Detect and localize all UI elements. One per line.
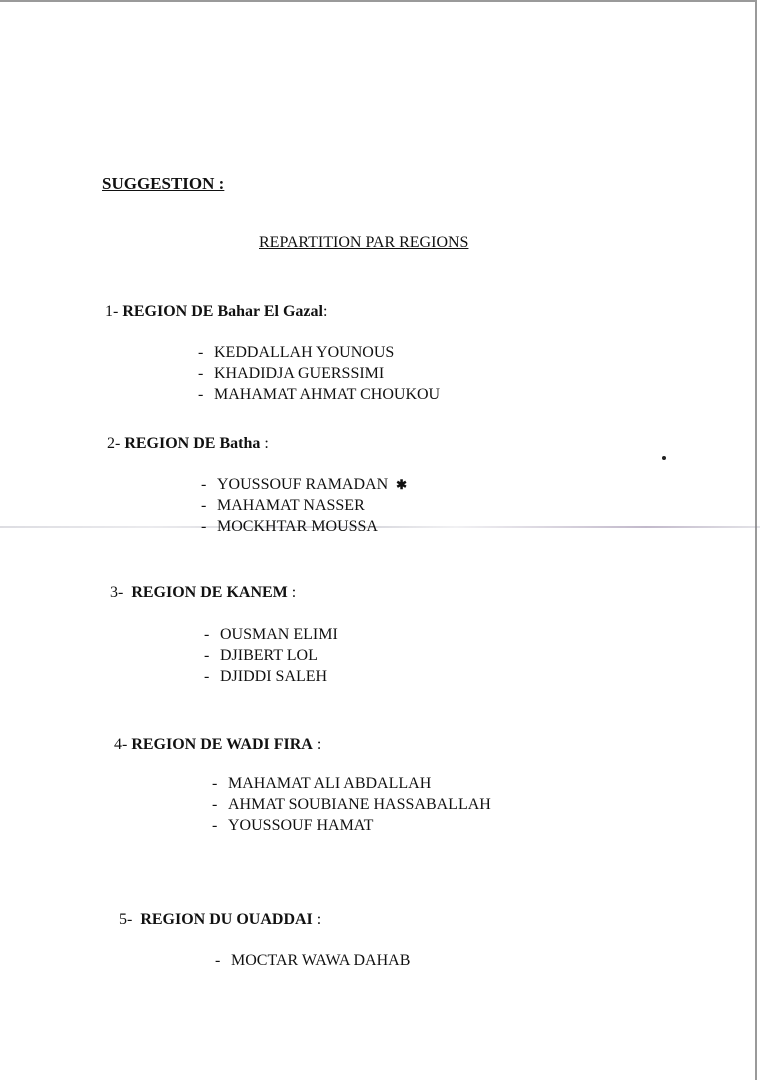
member-name: AHMAT SOUBIANE HASSABALLAH <box>228 796 491 813</box>
region-title: 4- REGION DE WADI FIRA : <box>114 736 321 754</box>
bullet: - <box>198 384 214 405</box>
region-title: 2- REGION DE Batha : <box>107 435 269 453</box>
list-item: -KEDDALLAH YOUNOUS <box>198 342 440 363</box>
list-item: -OUSMAN ELIMI <box>204 624 338 645</box>
member-name: KEDDALLAH YOUNOUS <box>214 344 394 361</box>
page-border <box>0 0 757 1080</box>
bullet: - <box>212 815 228 836</box>
region-title: 3- REGION DE KANEM : <box>110 584 296 602</box>
list-item: -DJIBERT LOL <box>204 645 338 666</box>
list-item: -MOCTAR WAWA DAHAB <box>215 950 410 971</box>
member-name: DJIBERT LOL <box>220 647 318 664</box>
region-suffix: : <box>288 584 296 601</box>
region-label: REGION DE Batha <box>124 435 260 452</box>
member-name: MOCTAR WAWA DAHAB <box>231 952 410 969</box>
member-name: MAHAMAT ALI ABDALLAH <box>228 775 431 792</box>
bullet: - <box>204 666 220 687</box>
bullet: - <box>201 516 217 537</box>
region-label: REGION DE WADI FIRA <box>131 736 313 753</box>
bullet: - <box>198 342 214 363</box>
region-suffix: : <box>313 911 321 928</box>
region-title: 5- REGION DU OUADDAI : <box>119 911 321 929</box>
region-number: 4- <box>114 736 127 753</box>
region-suffix: : <box>323 303 327 320</box>
list-item: -YOUSSOUF HAMAT <box>212 815 491 836</box>
region-number: 1- <box>105 303 118 320</box>
document-heading: SUGGESTION : <box>102 174 224 194</box>
member-name: DJIDDI SALEH <box>220 668 327 685</box>
list-item: -MAHAMAT ALI ABDALLAH <box>212 773 491 794</box>
bullet: - <box>204 624 220 645</box>
bullet: - <box>212 773 228 794</box>
bullet: - <box>204 645 220 666</box>
member-name: YOUSSOUF HAMAT <box>228 817 373 834</box>
document-subtitle: REPARTITION PAR REGIONS <box>259 234 468 252</box>
bullet: - <box>201 474 217 495</box>
list-item: -MOCKHTAR MOUSSA <box>201 516 407 537</box>
region-label: REGION DU OUADDAI <box>140 911 312 928</box>
list-item: -AHMAT SOUBIANE HASSABALLAH <box>212 794 491 815</box>
region-number: 3- <box>110 584 123 601</box>
member-list: -OUSMAN ELIMI -DJIBERT LOL -DJIDDI SALEH <box>204 624 338 687</box>
region-label: REGION DE KANEM <box>131 584 287 601</box>
member-name: OUSMAN ELIMI <box>220 626 338 643</box>
bullet: - <box>201 495 217 516</box>
bullet: - <box>215 950 231 971</box>
list-item: -MAHAMAT NASSER <box>201 495 407 516</box>
region-number: 5- <box>119 911 132 928</box>
handwritten-mark-icon: ✱ <box>396 474 407 495</box>
region-label: REGION DE Bahar El Gazal <box>122 303 323 320</box>
member-name: KHADIDJA GUERSSIMI <box>214 365 384 382</box>
member-name: MAHAMAT AHMAT CHOUKOU <box>214 386 440 403</box>
list-item: -MAHAMAT AHMAT CHOUKOU <box>198 384 440 405</box>
region-suffix: : <box>313 736 321 753</box>
list-item: -KHADIDJA GUERSSIMI <box>198 363 440 384</box>
member-list: -MOCTAR WAWA DAHAB <box>215 950 410 971</box>
bullet: - <box>198 363 214 384</box>
member-name: YOUSSOUF RAMADAN <box>217 476 388 493</box>
member-list: -KEDDALLAH YOUNOUS -KHADIDJA GUERSSIMI -… <box>198 342 440 405</box>
region-number: 2- <box>107 435 120 452</box>
scan-speck <box>662 456 666 460</box>
region-suffix: : <box>260 435 268 452</box>
member-name: MOCKHTAR MOUSSA <box>217 518 378 535</box>
member-name: MAHAMAT NASSER <box>217 497 365 514</box>
region-title: 1- REGION DE Bahar El Gazal: <box>105 303 327 321</box>
list-item: -YOUSSOUF RAMADAN✱ <box>201 474 407 495</box>
member-list: -YOUSSOUF RAMADAN✱ -MAHAMAT NASSER -MOCK… <box>201 474 407 537</box>
list-item: -DJIDDI SALEH <box>204 666 338 687</box>
member-list: -MAHAMAT ALI ABDALLAH -AHMAT SOUBIANE HA… <box>212 773 491 836</box>
bullet: - <box>212 794 228 815</box>
